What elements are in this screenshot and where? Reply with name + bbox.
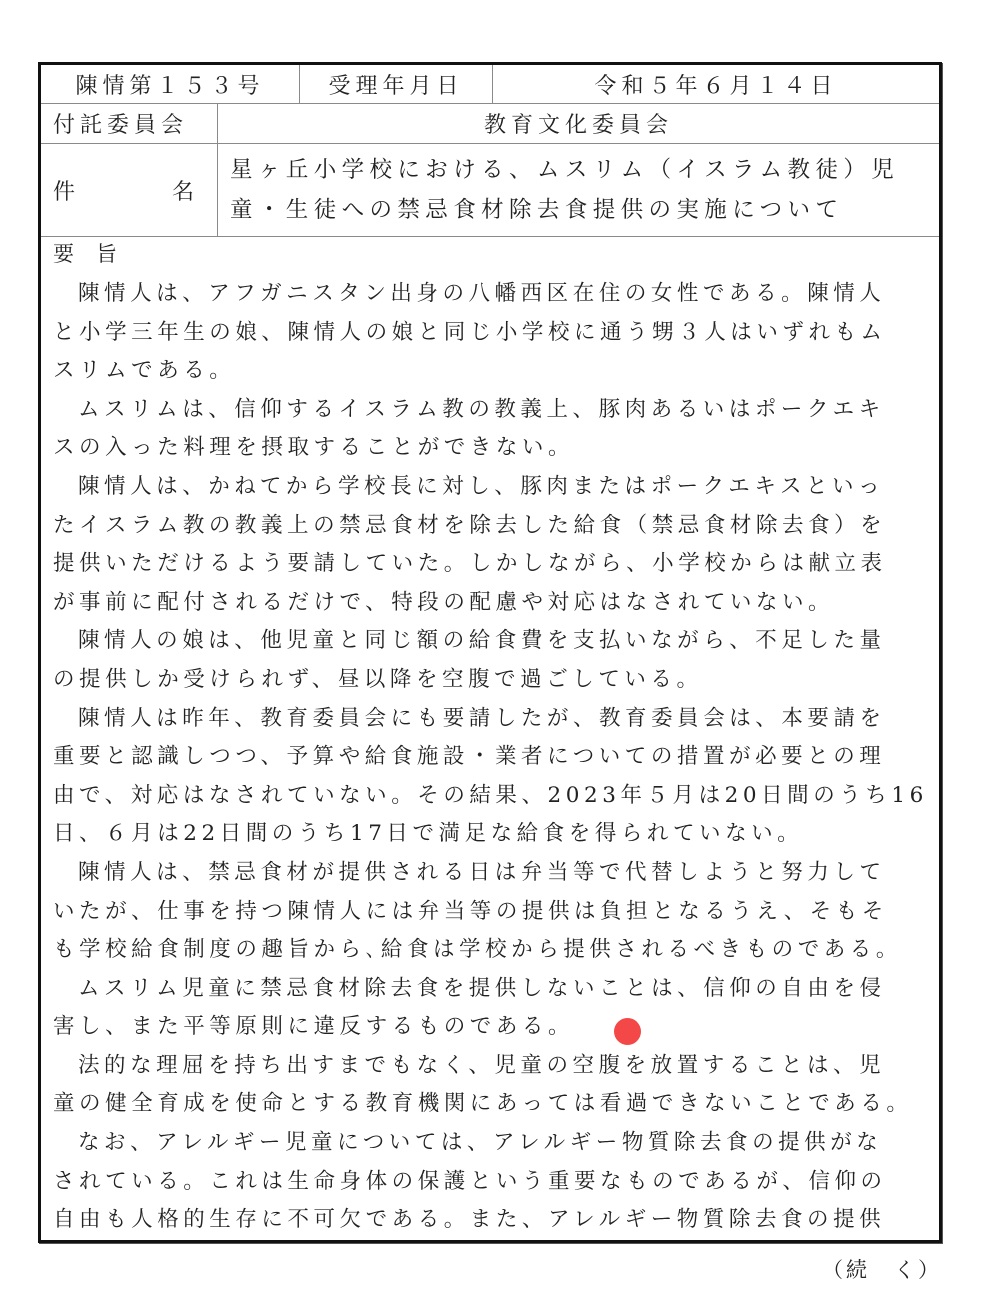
summary-line: たイスラム教の教義上の禁忌食材を除去した給食（禁忌食材除去食）を — [53, 507, 931, 546]
subject-line: 童・生徒への禁忌食材除去食提供の実施について — [230, 190, 843, 230]
summary-line: が事前に配付されるだけで、特段の配慮や対応はなされていない。 — [53, 584, 931, 623]
committee-value: 教育文化委員会 — [218, 104, 939, 143]
summary-line: も学校給食制度の趣旨から､給食は学校から提供されるべきものである。 — [53, 931, 931, 970]
summary-line: 陳情人は昨年、教育委員会にも要請したが、教育委員会は、本要請を — [53, 700, 931, 739]
summary-section: 要旨 陳情人は、アフガニスタン出身の八幡西区在住の女性である。陳情人 と小学三年… — [53, 237, 931, 1240]
header-row-petition: 陳情第１５３号 受理年月日 令和５年６月１４日 — [41, 65, 939, 104]
summary-line: 自由も人格的生存に不可欠である。また、アレルギー物質除去食の提供 — [53, 1201, 931, 1240]
summary-line: ムスリム児童に禁忌食材除去食を提供しないことは、信仰の自由を侵 — [53, 970, 931, 1009]
petition-number: 陳情第１５３号 — [41, 65, 300, 103]
summary-line: 陳情人は、かねてから学校長に対し、豚肉またはポークエキスといっ — [53, 468, 931, 507]
subject-label-part-2: 名 — [172, 175, 199, 206]
continued-label: （続 く） — [822, 1254, 942, 1284]
header-row-subject: 件 名 星ヶ丘小学校における、ムスリム（イスラム教徒）児 童・生徒への禁忌食材除… — [41, 144, 939, 237]
subject-label: 件 名 — [41, 144, 218, 236]
summary-line: 陳情人は、禁忌食材が提供される日は弁当等で代替しようと努力して — [53, 854, 931, 893]
summary-line: 提供いただけるよう要請していた。しかしながら、小学校からは献立表 — [53, 545, 931, 584]
summary-line: ムスリムは、信仰するイスラム教の教義上、豚肉あるいはポークエキ — [53, 391, 931, 430]
summary-heading: 要旨 — [53, 233, 931, 275]
petition-document: 陳情第１５３号 受理年月日 令和５年６月１４日 付託委員会 教育文化委員会 件 … — [38, 62, 942, 1243]
summary-line: スリムである。 — [53, 352, 931, 391]
red-annotation-marker — [614, 1018, 641, 1045]
summary-line: 法的な理屈を持ち出すまでもなく、児童の空腹を放置することは、児 — [53, 1047, 931, 1086]
summary-line: と小学三年生の娘、陳情人の娘と同じ小学校に通う甥３人はいずれもム — [53, 314, 931, 353]
received-date-label: 受理年月日 — [300, 65, 493, 103]
summary-line: 陳情人の娘は、他児童と同じ額の給食費を支払いながら、不足した量 — [53, 622, 931, 661]
summary-heading-part-2: 旨 — [96, 242, 121, 266]
summary-line: 童の健全育成を使命とする教育機関にあっては看過できないことである。 — [53, 1085, 931, 1124]
summary-line: 重要と認識しつつ、予算や給食施設・業者についての措置が必要との理 — [53, 738, 931, 777]
summary-line: 害し、また平等原則に違反するものである。 — [53, 1008, 931, 1047]
summary-line: 陳情人は、アフガニスタン出身の八幡西区在住の女性である。陳情人 — [53, 275, 931, 314]
summary-line: 由で、対応はなされていない。その結果、2023年５月は20日間のうち16 — [53, 777, 931, 816]
summary-line: 日、６月は22日間のうち17日で満足な給食を得られていない。 — [53, 815, 931, 854]
summary-line: なお、アレルギー児童については、アレルギー物質除去食の提供がな — [53, 1124, 931, 1163]
summary-line: の提供しか受けられず、昼以降を空腹で過ごしている。 — [53, 661, 931, 700]
subject-line: 星ヶ丘小学校における、ムスリム（イスラム教徒）児 — [230, 150, 899, 190]
summary-heading-part-1: 要 — [53, 242, 78, 266]
committee-label: 付託委員会 — [41, 104, 218, 143]
header-row-committee: 付託委員会 教育文化委員会 — [41, 104, 939, 144]
subject-label-part-1: 件 — [53, 175, 80, 206]
summary-line: いたが、仕事を持つ陳情人には弁当等の提供は負担となるうえ、そもそ — [53, 893, 931, 932]
subject-value: 星ヶ丘小学校における、ムスリム（イスラム教徒）児 童・生徒への禁忌食材除去食提供… — [218, 144, 939, 236]
received-date-value: 令和５年６月１４日 — [493, 65, 939, 103]
summary-line: されている。これは生命身体の保護という重要なものであるが、信仰の — [53, 1163, 931, 1202]
summary-line: スの入った料理を摂取することができない。 — [53, 429, 931, 468]
